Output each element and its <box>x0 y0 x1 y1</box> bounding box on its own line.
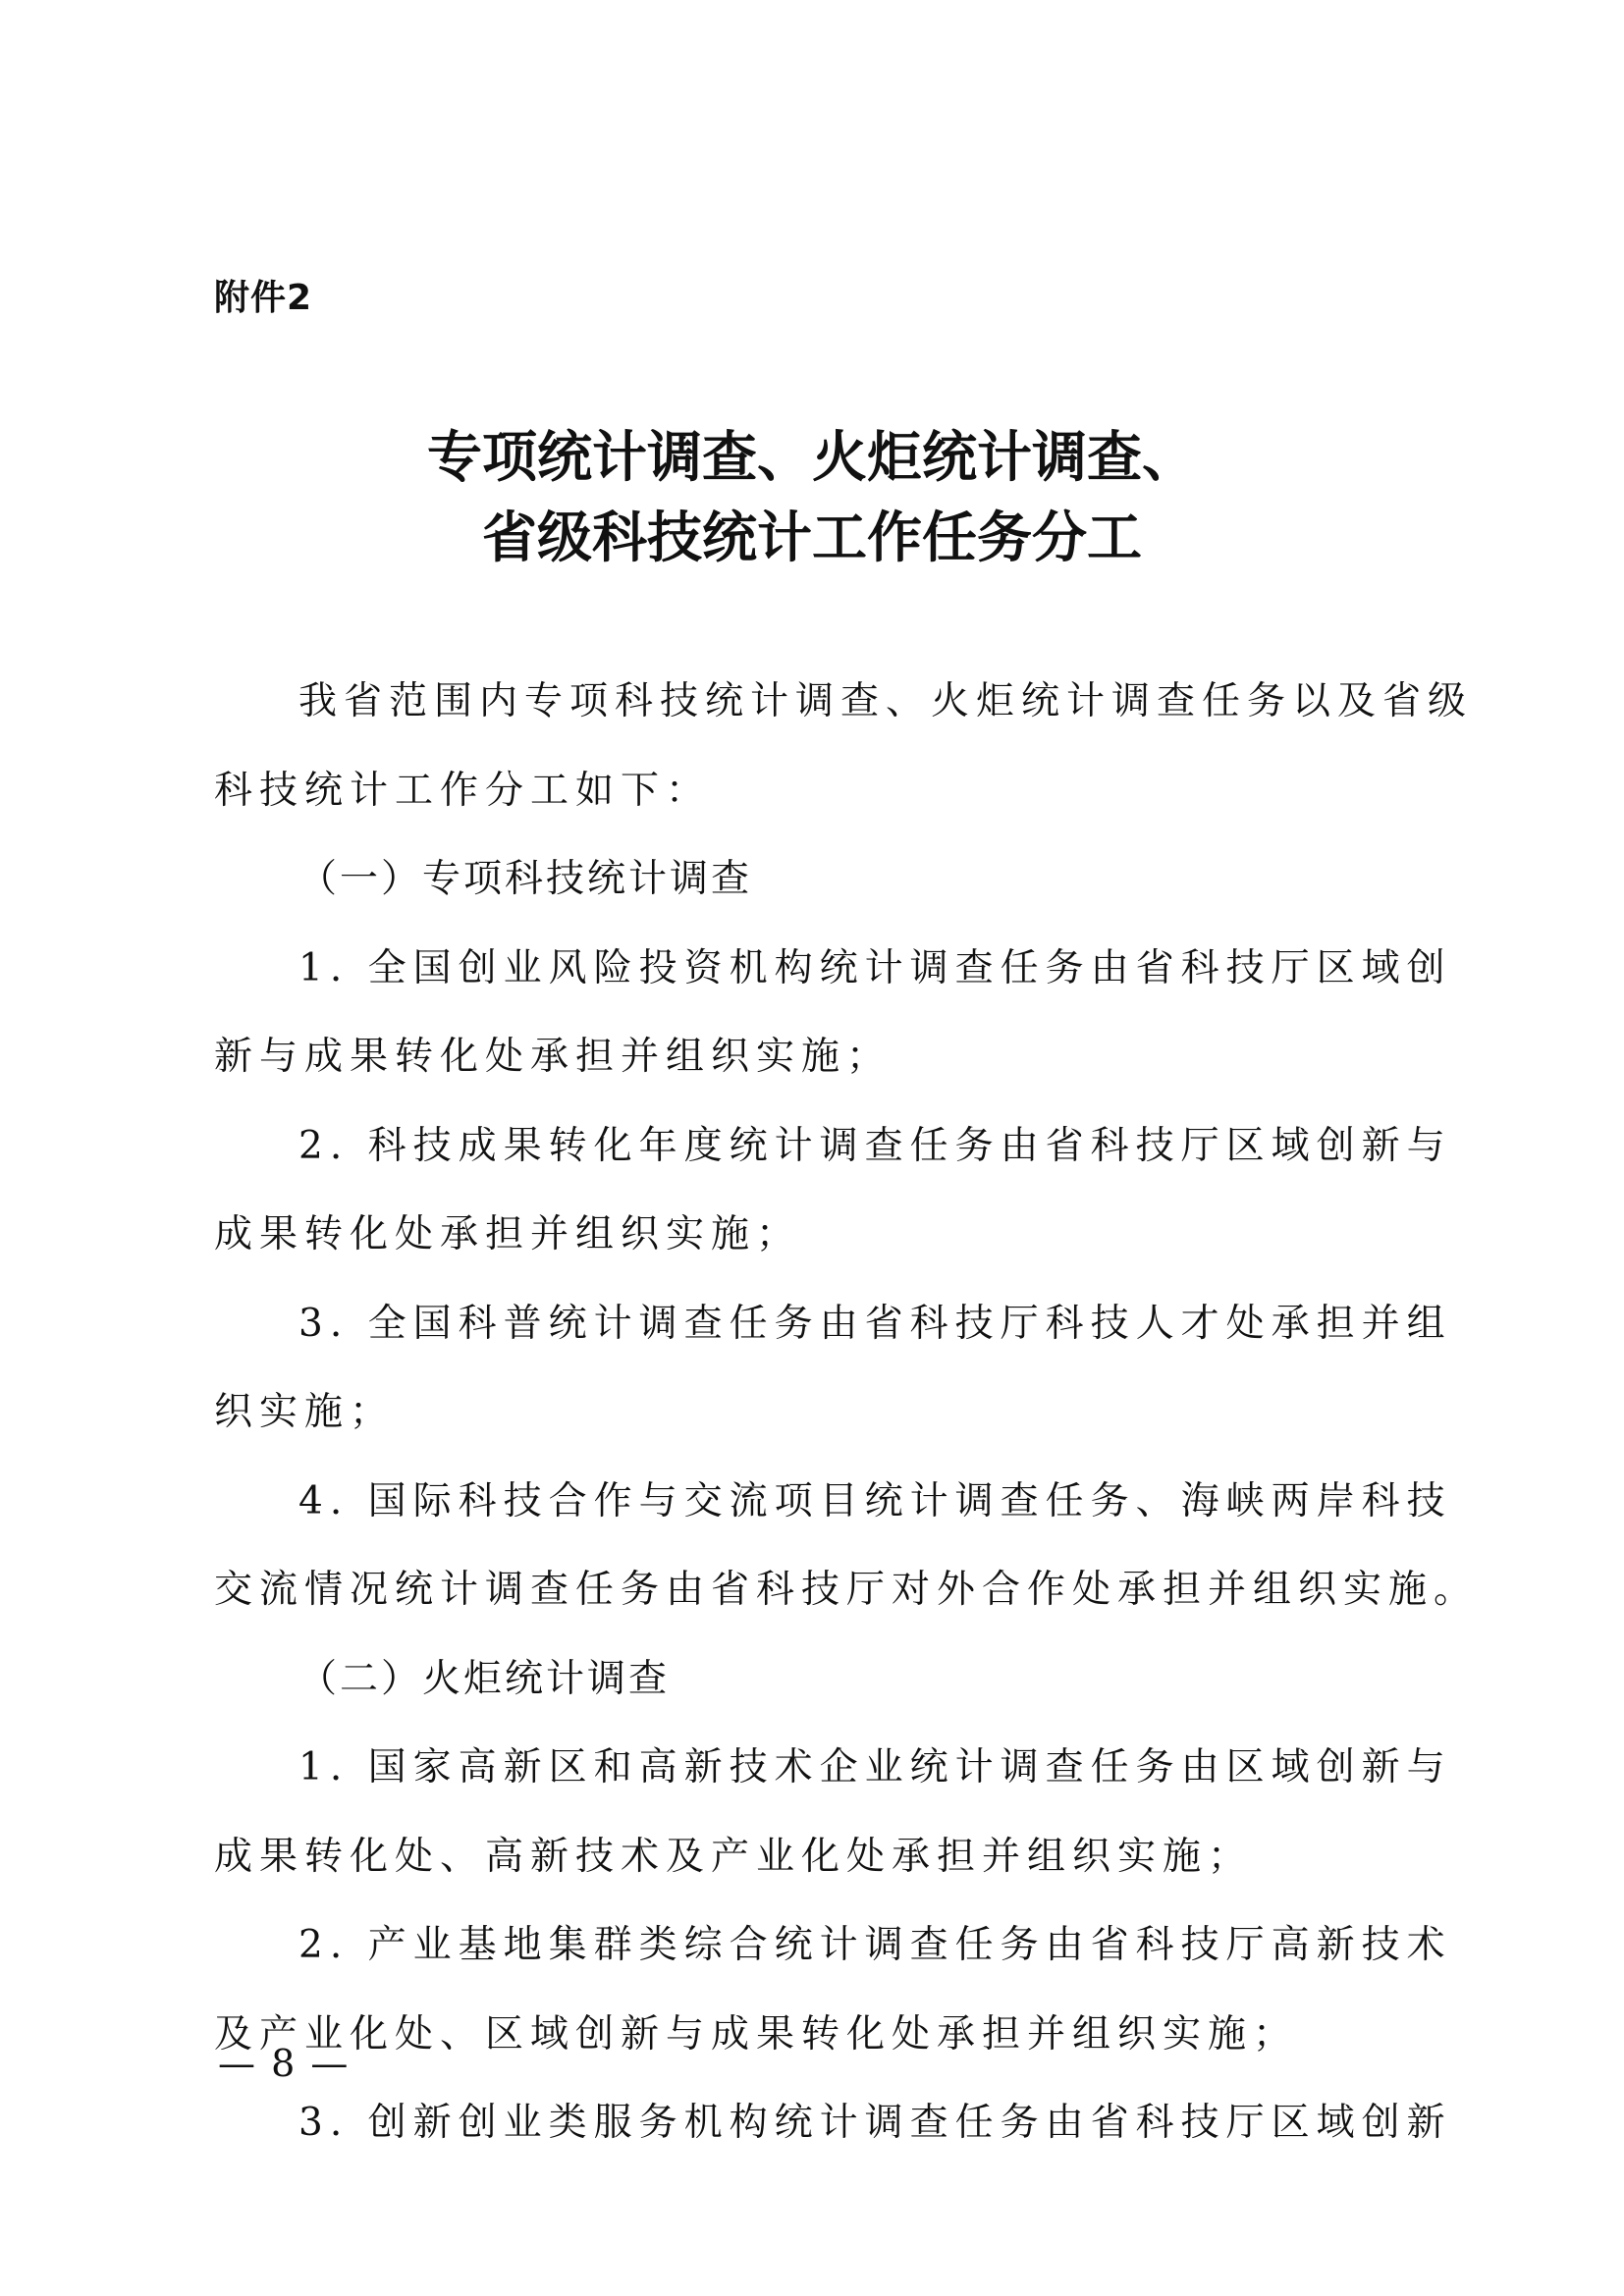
list-item-line: 1. 全国创业风险投资机构统计调查任务由省科技厅区域创 <box>214 925 1422 1014</box>
list-item-line: 交流情况统计调查任务由省科技厅对外合作处承担并组织实施。 <box>214 1546 1422 1635</box>
section-heading-torch-survey: （二）火炬统计调查 <box>214 1635 1422 1725</box>
title-line-1: 专项统计调查、火炬统计调查、 <box>0 417 1624 498</box>
list-item-line: 2. 科技成果转化年度统计调查任务由省科技厅区域创新与 <box>214 1102 1422 1192</box>
list-item-line: 3. 创新创业类服务机构统计调查任务由省科技厅区域创新 <box>214 2079 1422 2168</box>
list-item-line: 1. 国家高新区和高新技术企业统计调查任务由区域创新与 <box>214 1724 1422 1813</box>
title-line-2: 省级科技统计工作任务分工 <box>0 498 1624 578</box>
intro-paragraph-line: 科技统计工作分工如下： <box>214 747 1422 836</box>
list-item-line: 4. 国际科技合作与交流项目统计调查任务、海峡两岸科技 <box>214 1458 1422 1547</box>
list-item-line: 2. 产业基地集群类综合统计调查任务由省科技厅高新技术 <box>214 1901 1422 1991</box>
list-item-line: 新与成果转化处承担并组织实施； <box>214 1013 1422 1102</box>
document-page: 附件2 专项统计调查、火炬统计调查、 省级科技统计工作任务分工 我省范围内专项科… <box>0 0 1624 2296</box>
document-body: 我省范围内专项科技统计调查、火炬统计调查任务以及省级 科技统计工作分工如下： （… <box>214 658 1422 2168</box>
list-item-line: 织实施； <box>214 1368 1422 1458</box>
list-item-line: 及产业化处、区域创新与成果转化处承担并组织实施； <box>214 1991 1422 2080</box>
section-heading-special-survey: （一）专项科技统计调查 <box>214 835 1422 925</box>
attachment-label: 附件2 <box>214 277 312 320</box>
document-title: 专项统计调查、火炬统计调查、 省级科技统计工作任务分工 <box>0 417 1624 578</box>
list-item-line: 成果转化处、高新技术及产业化处承担并组织实施； <box>214 1813 1422 1902</box>
page-number: — 8 — <box>218 2042 350 2085</box>
intro-paragraph-line: 我省范围内专项科技统计调查、火炬统计调查任务以及省级 <box>214 658 1422 747</box>
list-item-line: 成果转化处承担并组织实施； <box>214 1191 1422 1280</box>
list-item-line: 3. 全国科普统计调查任务由省科技厅科技人才处承担并组 <box>214 1280 1422 1369</box>
